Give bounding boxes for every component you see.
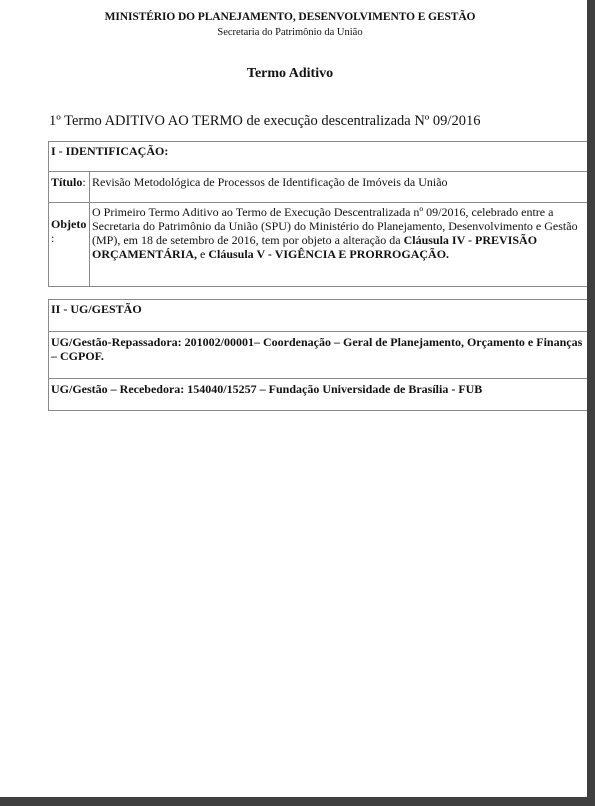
viewer-frame-bottom [0,797,595,806]
ministry-header: MINISTÉRIO DO PLANEJAMENTO, DESENVOLVIME… [0,11,580,23]
objeto-label-cell: Objeto: [49,203,90,287]
titulo-value: Revisão Metodológica de Processos de Ide… [90,172,588,203]
objeto-colon: : [51,231,54,245]
objeto-join: e [197,247,208,261]
table-row: II - UG/GESTÃO [49,300,588,332]
table-row: Objeto: O Primeiro Termo Aditivo ao Term… [49,203,588,287]
titulo-label: Título [51,175,82,189]
table-row: UG/Gestão – Recebedora: 154040/15257 – F… [49,379,588,411]
ug-gestao-table: II - UG/GESTÃO UG/Gestão-Repassadora: 20… [48,299,587,411]
document-subtitle: 1º Termo ADITIVO AO TERMO de execução de… [49,113,480,130]
objeto-label: Objeto [51,217,86,231]
titulo-label-cell: Título: [49,172,90,203]
identificacao-heading-text: I - IDENTIFICAÇÃO: [51,144,168,158]
table-row: I - IDENTIFICAÇÃO: [49,142,588,172]
identificacao-heading: I - IDENTIFICAÇÃO: [49,142,588,172]
table-row: UG/Gestão-Repassadora: 201002/00001– Coo… [49,332,588,379]
document-title: Termo Aditivo [0,66,580,82]
objeto-value: O Primeiro Termo Aditivo ao Termo de Exe… [90,203,588,287]
titulo-colon: : [82,175,85,189]
objeto-clausula-v: Cláusula V - VIGÊNCIA E PRORROGAÇÃO. [208,247,449,261]
document-page: MINISTÉRIO DO PLANEJAMENTO, DESENVOLVIME… [0,0,587,797]
secretaria-header: Secretaria do Patrimônio da União [0,27,580,38]
ug-recebedora: UG/Gestão – Recebedora: 154040/15257 – F… [49,379,588,411]
table-row: Título: Revisão Metodológica de Processo… [49,172,588,203]
viewer-frame-right [587,0,595,806]
ug-repassadora: UG/Gestão-Repassadora: 201002/00001– Coo… [49,332,588,379]
ug-heading: II - UG/GESTÃO [49,300,588,332]
identificacao-table: I - IDENTIFICAÇÃO: Título: Revisão Metod… [48,141,587,287]
